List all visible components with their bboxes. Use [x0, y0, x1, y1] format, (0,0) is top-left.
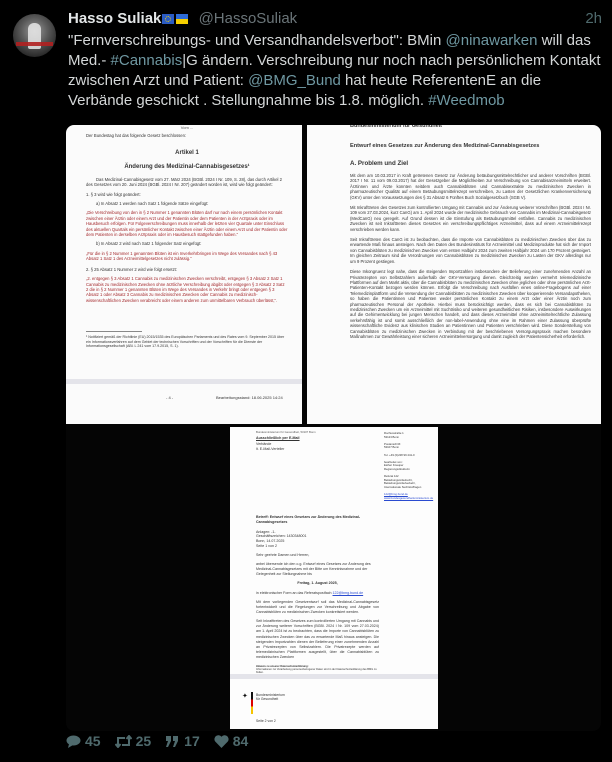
logo-line-2: für Gesundheit — [256, 697, 285, 701]
author-handle[interactable]: @HassoSuliak — [199, 10, 298, 27]
meta-line: Seite 1 von 2 — [256, 544, 379, 549]
doc1-top: Vom ... — [86, 125, 288, 130]
doc3-page2-label: Seite 2 von 2 — [256, 719, 276, 723]
page-separator — [66, 379, 302, 384]
doc1-quote3: „2. entgegen § 3 Absatz 1 Cannabis zu me… — [86, 276, 288, 303]
doc2-section: A. Problem und Ziel — [350, 160, 591, 167]
retweet-count: 25 — [136, 733, 152, 749]
tweet-text-segment: "Fernverschreibungs- und Versandhandelsv… — [68, 32, 446, 49]
tweet-text: "Fernverschreibungs- und Versandhandelsv… — [68, 31, 608, 111]
doc3-email-link: 122@bmg.bund.de — [333, 591, 364, 595]
doc3-privacy-text: Informationen zur Verarbeitung personenb… — [256, 668, 379, 674]
tweet-timestamp[interactable]: 2h — [585, 10, 602, 27]
doc3-body2: in elektronischer Form an das Referatspo… — [256, 591, 333, 595]
doc3-body4: Seit Inkrafttreten des Gesetzes zum kont… — [256, 619, 379, 661]
media-image-1[interactable]: Vom ... Der Bundestag hat das folgende G… — [66, 125, 302, 424]
retweet-button[interactable]: 25 — [115, 733, 152, 749]
doc2-para1: Mit dem am 10.03.2017 in Kraft getretene… — [350, 173, 591, 200]
doc2-header: Bundesministerium für Gesundheit — [350, 125, 591, 129]
quote-button[interactable]: 17 — [165, 733, 200, 749]
tweet-actions: 45 25 17 84 — [66, 733, 248, 749]
tweet-header: Hasso Suliak @HassoSuliak — [68, 10, 297, 27]
doc3-contact-column: Rochusstraße 153123 Bonn Postanschrift:5… — [384, 432, 430, 500]
doc1-item1b: b) In Absatz 2 wird nach Satz 1 folgende… — [86, 241, 288, 246]
doc1-para1: Das Medizinal-Cannabisgesetz vom 27. Mär… — [86, 177, 288, 188]
doc1-intro: Der Bundestag hat das folgende Gesetz be… — [86, 133, 288, 138]
tweet-media[interactable]: Vom ... Der Bundestag hat das folgende G… — [66, 125, 601, 731]
ukraine-flag-icon — [176, 14, 188, 24]
doc2-para4: Diese Inkongruenz legt nahe, dass die st… — [350, 269, 591, 339]
quote-count: 17 — [184, 733, 200, 749]
avatar-band — [16, 42, 53, 46]
contact-line: Betäubungsmittelrecht, Betäubungsmittelv… — [384, 479, 430, 490]
doc3-sender-line: Bundesministerium für Gesundheit, 53107 … — [256, 431, 374, 434]
eu-flag-icon — [162, 14, 174, 24]
media-image-3[interactable]: Bundesministerium für Gesundheit, 53107 … — [230, 427, 438, 729]
doc1-item1a: a) In Absatz 1 werden nach Satz 1 folgen… — [86, 201, 288, 206]
doc1-quote2: „Für die in § 2 Nummer 1 genannten Blüte… — [86, 251, 288, 262]
doc3-body1: anbei übersende ich den o.g. Entwurf ein… — [256, 562, 379, 577]
flag-stripe-icon — [251, 692, 253, 714]
doc3-deadline: Freitag, 1. August 2025, — [256, 581, 379, 586]
doc1-page-number: - 4 - — [166, 395, 173, 400]
like-count: 84 — [233, 733, 249, 749]
doc1-quote1: „Die Verschreibung von den in § 2 Nummer… — [86, 210, 288, 237]
retweet-icon — [115, 735, 132, 748]
media-image-2[interactable]: Bundesministerium für Gesundheit Entwurf… — [307, 125, 601, 424]
contact-line: www.bundesgesundheitsministerium.de — [384, 497, 430, 501]
doc3-greeting: Sehr geehrte Damen und Herren, — [256, 553, 379, 558]
avatar[interactable] — [13, 14, 56, 57]
tweet-link[interactable]: #Weedmob — [428, 92, 504, 109]
reply-count: 45 — [85, 733, 101, 749]
reply-icon — [66, 735, 81, 748]
heart-icon — [214, 735, 229, 748]
tweet-link[interactable]: @BMG_Bund — [248, 72, 341, 89]
doc1-item2: 2. § 25 Absatz 1 Nummer 2 wird wie folgt… — [86, 267, 288, 272]
tweet-link[interactable]: #Cannabis — [111, 52, 183, 69]
author-name[interactable]: Hasso Suliak — [68, 10, 161, 27]
doc1-item1: 1. § 3 wird wie folgt geändert: — [86, 192, 288, 197]
doc1-footnote: ¹ Notifiziert gemäß der Richtlinie (EU) … — [86, 335, 288, 348]
doc1-article: Artikel 1 — [86, 150, 288, 157]
page-separator — [230, 674, 438, 679]
eagle-icon: ✦ — [242, 692, 248, 700]
quote-icon — [165, 735, 180, 748]
doc2-para2: Mit Inkrafttreten des Gesetzes zum kontr… — [350, 205, 591, 232]
footnote-divider — [86, 331, 142, 332]
doc2-title: Entwurf eines Gesetzes zur Änderung des … — [350, 143, 591, 150]
like-button[interactable]: 84 — [214, 733, 249, 749]
tweet-link[interactable]: @ninawarken — [446, 32, 538, 49]
reply-button[interactable]: 45 — [66, 733, 101, 749]
doc2-para3: Seit Inkrafttreten des CanG ist zu beoba… — [350, 237, 591, 264]
doc3-recipient-2: lt. E-Mail-Verteiler — [256, 447, 374, 452]
doc3-meta: Anlagen: -1-Geschäftszeichen: 1430348001… — [256, 530, 379, 549]
doc3-subject: Betreff: Entwurf eines Gesetzes zur Ände… — [256, 515, 379, 525]
doc1-title: Änderung des Medizinal-Cannabisgesetzes¹ — [86, 164, 288, 171]
doc1-status: Bearbeitungsstand: 18.06.2025 14:24 — [216, 395, 283, 400]
doc3-body3: Mit dem vorliegenden Gesetzentwurf soll … — [256, 600, 379, 615]
